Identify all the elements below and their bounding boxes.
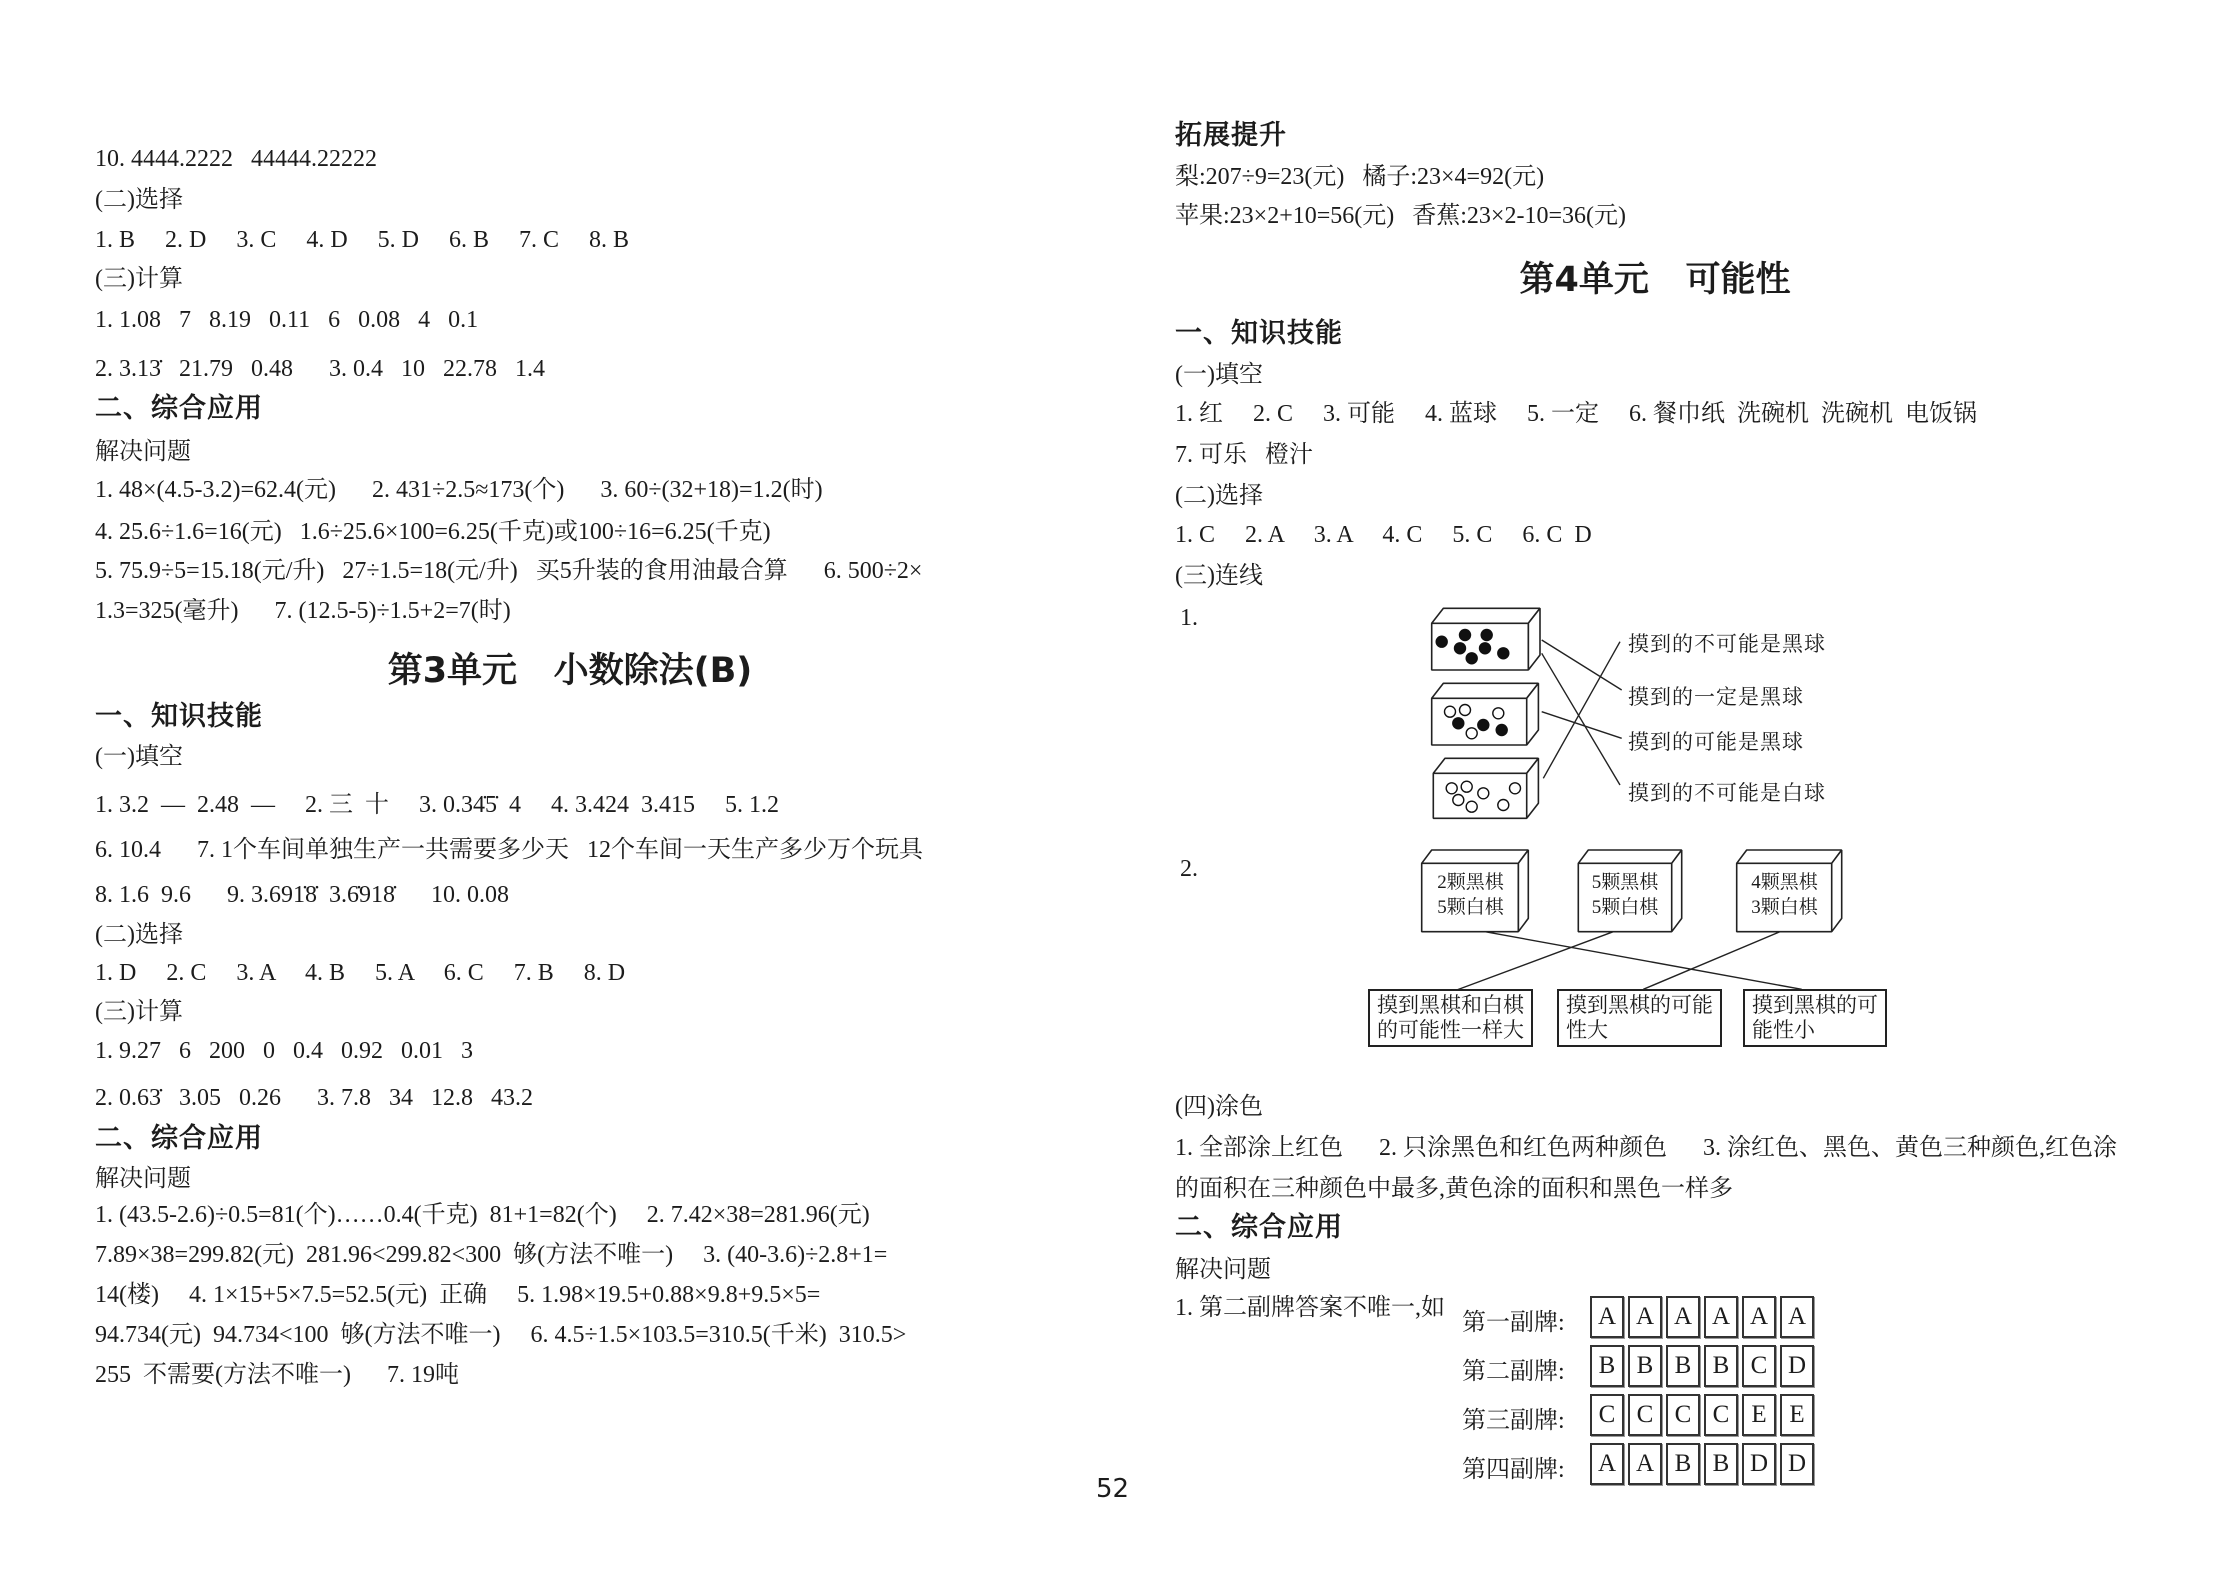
- section-subheading: (三)计算: [95, 997, 183, 1027]
- section-heading: 一、知识技能: [95, 702, 263, 732]
- section-subheading: (二)选择: [95, 920, 183, 950]
- card: C: [1590, 1394, 1624, 1436]
- black-ball: [1453, 718, 1464, 729]
- card: D: [1780, 1443, 1814, 1485]
- box-top-face: [1422, 850, 1529, 863]
- section-subheading: (二)选择: [95, 185, 183, 215]
- answer-line: 10. 4444.2222 44444.22222: [95, 144, 377, 174]
- box-right-face: [1518, 850, 1528, 932]
- card: C: [1704, 1394, 1738, 1436]
- card-row: CCCCEE: [1590, 1394, 1814, 1436]
- answer-line: 1. 红 2. C 3. 可能 4. 蓝球 5. 一定 6. 餐巾纸 洗碗机 洗…: [1175, 399, 1977, 429]
- card: C: [1666, 1394, 1700, 1436]
- white-ball: [1445, 706, 1456, 717]
- white-ball: [1453, 795, 1464, 806]
- section-subheading: (二)选择: [1175, 481, 1263, 511]
- card: B: [1704, 1443, 1738, 1485]
- card: A: [1742, 1296, 1776, 1338]
- black-ball: [1460, 630, 1471, 641]
- answer-line: 7.89×38=299.82(元) 281.96<299.82<300 够(方法…: [95, 1240, 887, 1270]
- card: C: [1742, 1345, 1776, 1387]
- card: D: [1780, 1345, 1814, 1387]
- black-ball: [1436, 636, 1447, 647]
- card: B: [1628, 1345, 1662, 1387]
- answer-line: 94.734(元) 94.734<100 够(方法不唯一) 6. 4.5÷1.5…: [95, 1320, 906, 1350]
- answer-line: 的面积在三种颜色中最多,黄色涂的面积和黑色一样多: [1175, 1174, 1733, 1204]
- box-top-face: [1432, 608, 1540, 623]
- black-ball: [1480, 643, 1491, 654]
- card-row: AAAAAA: [1590, 1296, 1814, 1338]
- section-heading: 拓展提升: [1175, 121, 1287, 151]
- black-ball: [1481, 630, 1492, 641]
- answer-line: 1. 第二副牌答案不唯一,如: [1175, 1293, 1445, 1323]
- white-ball: [1466, 801, 1477, 812]
- white-ball: [1510, 783, 1521, 794]
- connection-line-box3-label1: [1543, 642, 1620, 779]
- result-box: 摸到黑棋和白棋的可能性一样大: [1368, 989, 1533, 1047]
- section-heading: 二、综合应用: [95, 1124, 263, 1154]
- white-ball: [1493, 708, 1504, 719]
- black-ball: [1498, 648, 1509, 659]
- answer-line: 1. D 2. C 3. A 4. B 5. A 6. C 7. B 8. D: [95, 958, 625, 988]
- box-top-face: [1433, 758, 1538, 773]
- white-ball: [1466, 728, 1477, 739]
- answer-line: 5. 75.9÷5=15.18(元/升) 27÷1.5=18(元/升) 买5升装…: [95, 556, 922, 586]
- box-right-face: [1672, 850, 1682, 932]
- match-label: 摸到的不可能是黑球: [1628, 628, 1826, 658]
- answer-line: 1. 全部涂上红色 2. 只涂黑色和红色两种颜色 3. 涂红色、黑色、黄色三种颜…: [1175, 1133, 2117, 1163]
- result-box: 摸到黑棋的可能性大: [1557, 989, 1722, 1047]
- black-ball: [1496, 725, 1507, 736]
- white-ball: [1446, 783, 1457, 794]
- answer-line: 1. 9.27 6 200 0 0.4 0.92 0.01 3: [95, 1036, 473, 1066]
- section-subheading: (四)涂色: [1175, 1092, 1263, 1122]
- white-ball: [1461, 781, 1472, 792]
- box-top-face: [1737, 850, 1842, 863]
- card: A: [1780, 1296, 1814, 1338]
- item-1-marker: 1.: [1180, 605, 1198, 632]
- section-subheading: (三)计算: [95, 264, 183, 294]
- card: A: [1590, 1443, 1624, 1485]
- result-box: 摸到黑棋的可能性小: [1743, 989, 1887, 1047]
- chess-box-label: 5颗黑棋5颗白棋: [1578, 870, 1672, 920]
- card: B: [1590, 1345, 1624, 1387]
- card: A: [1666, 1296, 1700, 1338]
- section-subheading: 解决问题: [1175, 1255, 1271, 1285]
- white-ball: [1498, 800, 1509, 811]
- card-row: BBBBCD: [1590, 1345, 1814, 1387]
- black-ball: [1455, 643, 1466, 654]
- card: A: [1628, 1296, 1662, 1338]
- answer-line: 2. 0.63̇ 3.05 0.26 3. 7.8 34 12.8 43.2: [95, 1083, 533, 1113]
- card-row-label: 第三副牌:: [1462, 1400, 1565, 1435]
- item-2-marker: 2.: [1180, 856, 1198, 883]
- answer-line: 14(楼) 4. 1×15+5×7.5=52.5(元) 正确 5. 1.98×1…: [95, 1280, 820, 1310]
- card-row-label: 第二副牌:: [1462, 1351, 1565, 1386]
- card-row-label: 第四副牌:: [1462, 1449, 1565, 1484]
- match-label: 摸到的一定是黑球: [1628, 681, 1804, 711]
- match-label: 摸到的可能是黑球: [1628, 726, 1804, 756]
- section-heading: 二、综合应用: [95, 394, 263, 424]
- answer-line: 1. C 2. A 3. A 4. C 5. C 6. C D: [1175, 520, 1592, 550]
- card: E: [1742, 1394, 1776, 1436]
- card: B: [1666, 1345, 1700, 1387]
- box-top-face: [1578, 850, 1681, 863]
- card-row: AABBDD: [1590, 1443, 1814, 1485]
- card: C: [1628, 1394, 1662, 1436]
- connection-line-box2-label3: [1542, 712, 1622, 739]
- answer-line: 1. 1.08 7 8.19 0.11 6 0.08 4 0.1: [95, 305, 478, 335]
- box-right-face: [1832, 850, 1842, 932]
- answer-line: 1.3=325(毫升) 7. (12.5-5)÷1.5+2=7(时): [95, 596, 511, 626]
- unit-title: 第4单元 可能性: [1175, 252, 2135, 302]
- answer-line: 1. 48×(4.5-3.2)=62.4(元) 2. 431÷2.5≈173(个…: [95, 475, 823, 505]
- connection-line-box1-label2: [1542, 640, 1622, 690]
- white-ball: [1478, 788, 1489, 799]
- black-ball: [1466, 653, 1477, 664]
- connection-line-box1-label4: [1542, 653, 1620, 785]
- unit-title: 第3单元 小数除法(B): [95, 643, 1045, 693]
- section-subheading: 解决问题: [95, 437, 191, 467]
- section-heading: 二、综合应用: [1175, 1213, 1343, 1243]
- answer-line: 8. 1.6 9.6 9. 3.691̇8̇ 3.6̇918̇ 10. 0.08: [95, 880, 509, 910]
- white-ball: [1460, 705, 1471, 716]
- answer-line: 2. 3.13̇ 21.79 0.48 3. 0.4 10 22.78 1.4: [95, 354, 545, 384]
- card-row-label: 第一副牌:: [1462, 1302, 1565, 1337]
- connection-line-boxA-result3: [1485, 932, 1802, 990]
- chess-box-label: 4颗黑棋3颗白棋: [1737, 870, 1832, 920]
- answer-line: 4. 25.6÷1.6=16(元) 1.6÷25.6×100=6.25(千克)或…: [95, 517, 771, 547]
- connection-line-boxC-result2: [1643, 932, 1780, 990]
- card: A: [1590, 1296, 1624, 1338]
- card: E: [1780, 1394, 1814, 1436]
- card: D: [1742, 1443, 1776, 1485]
- card: A: [1704, 1296, 1738, 1338]
- chess-box-label: 2颗黑棋5颗白棋: [1422, 870, 1519, 920]
- answer-line: 苹果:23×2+10=56(元) 香蕉:23×2-10=36(元): [1175, 201, 1626, 231]
- answer-line: 255 不需要(方法不唯一) 7. 19吨: [95, 1360, 459, 1390]
- black-ball: [1478, 720, 1489, 731]
- answer-key-page: 10. 4444.2222 44444.22222 (二)选择 1. B 2. …: [0, 0, 2220, 1571]
- card: B: [1666, 1443, 1700, 1485]
- section-subheading: (一)填空: [1175, 360, 1263, 390]
- answer-line: 7. 可乐 橙汁: [1175, 440, 1313, 470]
- card: A: [1628, 1443, 1662, 1485]
- answer-line: 6. 10.4 7. 1个车间单独生产一共需要多少天 12个车间一天生产多少万个…: [95, 835, 923, 865]
- ball-boxes-diagram: [1420, 595, 1635, 835]
- card: B: [1704, 1345, 1738, 1387]
- section-heading: 一、知识技能: [1175, 319, 1343, 349]
- section-subheading: (三)连线: [1175, 561, 1263, 591]
- match-label: 摸到的不可能是白球: [1628, 777, 1826, 807]
- answer-line: 1. 3.2 — 2.48 — 2. 三 十 3. 0.34̇5̇ 4 4. 3…: [95, 790, 779, 820]
- page-number: 52: [1096, 1474, 1129, 1504]
- section-subheading: (一)填空: [95, 742, 183, 772]
- answer-line: 梨:207÷9=23(元) 橘子:23×4=92(元): [1175, 162, 1544, 192]
- answer-line: 1. B 2. D 3. C 4. D 5. D 6. B 7. C 8. B: [95, 225, 629, 255]
- answer-line: 1. (43.5-2.6)÷0.5=81(个)……0.4(千克) 81+1=82…: [95, 1200, 870, 1230]
- box-top-face: [1432, 683, 1539, 698]
- section-subheading: 解决问题: [95, 1164, 191, 1194]
